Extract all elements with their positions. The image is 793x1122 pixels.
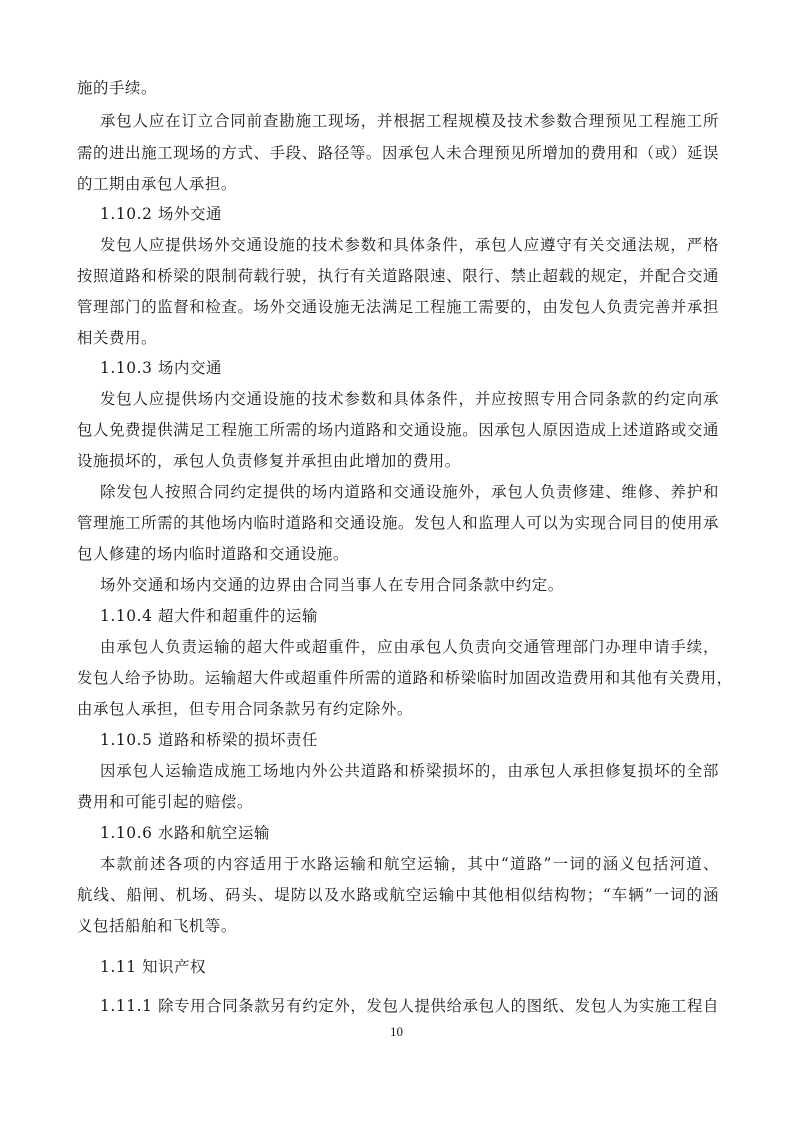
- paragraph-line: 1.11.1 除专用合同条款另有约定外，发包人提供给承包人的图纸、发包人为实施工…: [100, 996, 719, 1016]
- paragraph-line: 包人修建的场内临时道路和交通设施。: [77, 544, 719, 564]
- paragraph-line: 设施损坏的，承包人负责修复并承担由此增加的费用。: [77, 451, 719, 471]
- paragraph-line: 由承包人负责运输的超大件或超重件，应由承包人负责向交通管理部门办理申请手续，: [100, 637, 719, 657]
- paragraph-line: 相关费用。: [77, 328, 719, 348]
- paragraph-line: 发包人给予协助。运输超大件或超重件所需的道路和桥梁临时加固改造费用和其他有关费用…: [77, 668, 719, 688]
- paragraph-line: 因承包人运输造成施工场地内外公共道路和桥梁损坏的，由承包人承担修复损坏的全部: [100, 761, 719, 781]
- section-heading: 1.11 知识产权: [100, 957, 719, 977]
- paragraph-line: 场外交通和场内交通的边界由合同当事人在专用合同条款中约定。: [100, 575, 719, 595]
- paragraph-line: 管理施工所需的其他场内临时道路和交通设施。发包人和监理人可以为实现合同目的使用承: [77, 513, 719, 533]
- paragraph-line: 管理部门的监督和检查。场外交通设施无法满足工程施工需要的，由发包人负责完善并承担: [77, 297, 719, 317]
- section-heading: 1.10.5 道路和桥梁的损坏责任: [100, 730, 719, 750]
- section-heading: 1.10.6 水路和航空运输: [100, 823, 719, 843]
- paragraph-line: 施的手续。: [77, 78, 719, 98]
- paragraph-line: 包人免费提供满足工程施工所需的场内道路和交通设施。因承包人原因造成上述道路或交通: [77, 420, 719, 440]
- paragraph-line: 发包人应提供场外交通设施的技术参数和具体条件，承包人应遵守有关交通法规，严格: [100, 235, 719, 255]
- paragraph-line: 的工期由承包人承担。: [77, 174, 719, 194]
- section-heading: 1.10.3 场内交通: [100, 358, 719, 378]
- section-heading: 1.10.4 超大件和超重件的运输: [100, 606, 719, 626]
- page-number: 10: [0, 1024, 793, 1040]
- paragraph-line: 由承包人承担，但专用合同条款另有约定除外。: [77, 699, 719, 719]
- paragraph-line: 除发包人按照合同约定提供的场内道路和交通设施外，承包人负责修建、维修、养护和: [100, 482, 719, 502]
- paragraph-line: 发包人应提供场内交通设施的技术参数和具体条件，并应按照专用合同条款的约定向承: [100, 389, 719, 409]
- paragraph-line: 义包括船舶和飞机等。: [77, 916, 719, 936]
- paragraph-line: 承包人应在订立合同前查勘施工现场，并根据工程规模及技术参数合理预见工程施工所: [100, 111, 719, 131]
- paragraph-line: 航线、船闸、机场、码头、堤防以及水路或航空运输中其他相似结构物；“车辆”一词的涵: [77, 885, 719, 905]
- paragraph-line: 需的进出施工现场的方式、手段、路径等。因承包人未合理预见所增加的费用和（或）延误: [77, 143, 719, 163]
- paragraph-line: 本款前述各项的内容适用于水路运输和航空运输，其中“道路”一词的涵义包括河道、: [100, 854, 719, 874]
- paragraph-line: 费用和可能引起的赔偿。: [77, 792, 719, 812]
- section-heading: 1.10.2 场外交通: [100, 204, 719, 224]
- paragraph-line: 按照道路和桥梁的限制荷载行驶，执行有关道路限速、限行、禁止超载的规定，并配合交通: [77, 266, 719, 286]
